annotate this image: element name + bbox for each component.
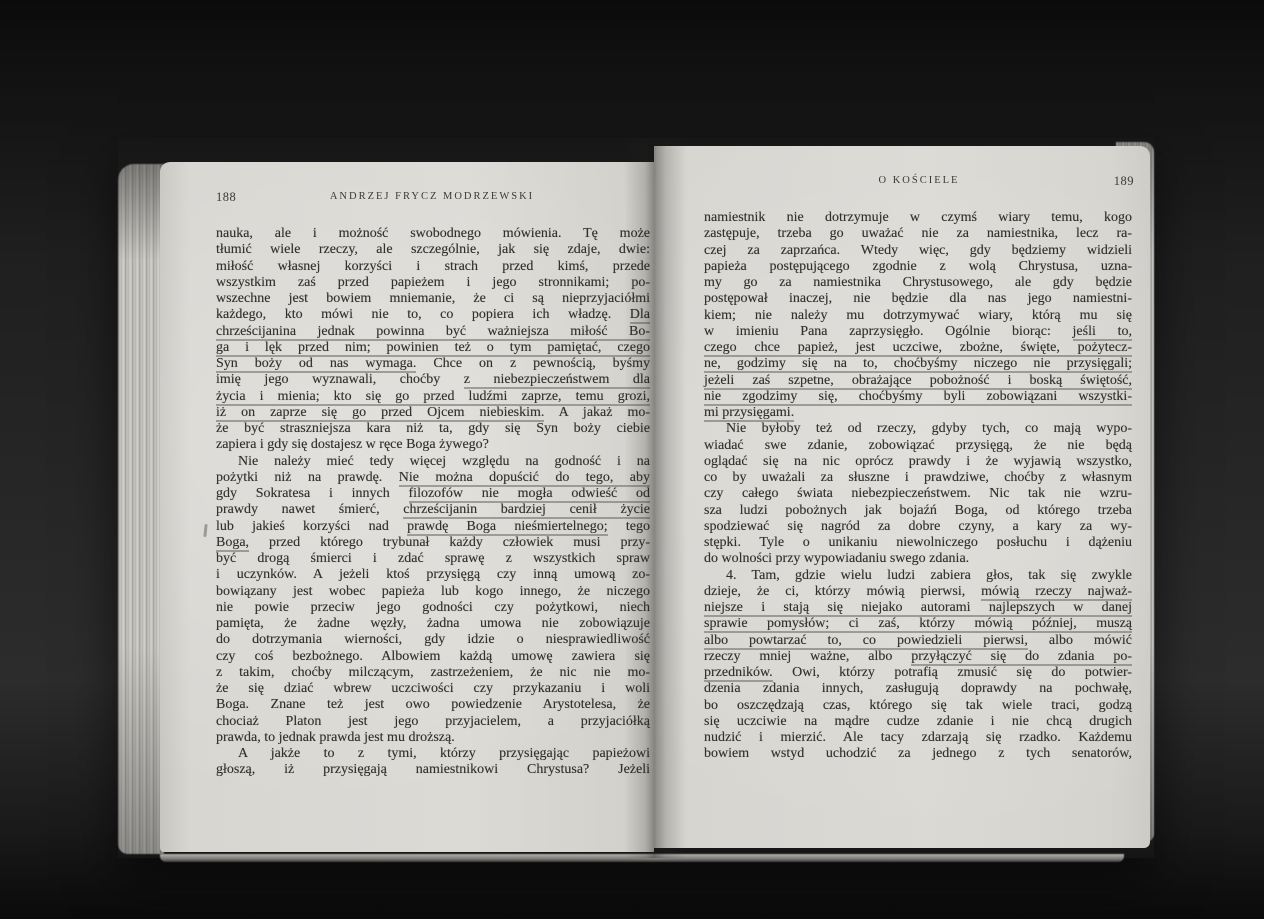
text-line: z takim, choćby milczącym, zastrzeżeniem…	[216, 665, 650, 681]
text-line: wiadać swe zdanie, zobowiązać przysięgą,…	[704, 438, 1132, 454]
pencil-underline: ga i lęk przed nim; powinien też o tym p…	[216, 340, 650, 357]
text-segment: każdego, kto mówi nie to, co popiera ich…	[216, 307, 630, 322]
text-segment: co by uważali za słuszne i prawdziwe, ch…	[704, 470, 1132, 485]
text-segment: Chce on z pewnością, byśmy	[416, 356, 650, 371]
left-page-header: 188 ANDRZEJ FRYCZ MODRZEWSKI	[216, 190, 648, 208]
text-line: czej za zaprzańca. Wtedy więc, gdy będzi…	[704, 243, 1132, 259]
text-line: wszechne jest bowiem mniemanie, że ci są…	[216, 291, 650, 307]
text-line: nie powie przeciw jego godności czy poży…	[216, 600, 650, 616]
pencil-underline: kto się go przed ludźmi zaprze, temu gro…	[320, 389, 650, 406]
text-segment: 4. Tam, gdzie wielu ludzi zabiera głos, …	[726, 568, 1132, 583]
text-segment: Boga. Znane też jest owo powiedzenie Ary…	[216, 697, 650, 712]
text-segment: papieża postępującego zgodnie z wolą Chr…	[704, 259, 1132, 274]
pencil-underline: przedników.	[704, 665, 773, 682]
text-line: w imieniu Pana zaprzysięgło. Ogólnie bio…	[704, 324, 1132, 340]
text-segment: A jakże to z tymi, którzy przysięgając p…	[238, 746, 650, 761]
text-segment: sza ludzi pobożnych jak bojaźń Boga, od …	[704, 503, 1132, 518]
text-segment: miłość własnej korzyści i strach przed k…	[216, 259, 650, 274]
running-header: ANDRZEJ FRYCZ MODRZEWSKI	[216, 191, 648, 202]
text-line: lub jakieś korzyści nad prawdę Boga nieś…	[216, 519, 650, 535]
text-segment: nauka, ale i możność swobodnego mówienia…	[216, 226, 650, 241]
text-line: miłość własnej korzyści i strach przed k…	[216, 259, 650, 275]
text-segment: pożytki niż na prawdę.	[216, 470, 399, 485]
text-line: bo oszczędzają czas, którego się tak wie…	[704, 698, 1132, 714]
text-line: ga i lęk przed nim; powinien też o tym p…	[216, 340, 650, 356]
text-segment: nie powie przeciw jego godności czy poży…	[216, 600, 650, 615]
pencil-underline: niejsze i stają się niejako autorami naj…	[704, 600, 1132, 617]
text-segment: chociaż Platon jest jego przyjacielem, a…	[216, 714, 650, 729]
text-line: czy całego świata niebezpieczeństwem. Ni…	[704, 486, 1132, 502]
text-line: Nie byłoby też od rzeczy, gdyby tych, co…	[704, 421, 1132, 437]
text-segment: głoszą, iż przysięgają namiestnikowi Chr…	[216, 762, 650, 777]
pencil-underline: mówią rzeczy najważ-	[981, 584, 1132, 601]
text-line: chrześcijanina jednak powinna być ważnie…	[216, 324, 650, 340]
pencil-underline: ne, godzimy się na to, choćbyśmy niczego…	[704, 356, 1132, 373]
text-line: zastępuje, trzeba go uważać nie za namie…	[704, 226, 1132, 242]
text-segment: lub jakieś korzyści nad	[216, 519, 407, 534]
text-line: co by uważali za słuszne i prawdziwe, ch…	[704, 470, 1132, 486]
text-line: do wolności przy wypowiadaniu swego zdan…	[704, 551, 1132, 567]
text-segment: wszechne jest bowiem mniemanie, że ci są…	[216, 291, 650, 306]
text-segment: w imieniu Pana zaprzysięgło. Ogólnie bio…	[704, 324, 1073, 339]
pencil-underline: Dla	[630, 307, 650, 324]
text-segment: wszystkim zaś przed papieżem i jego stro…	[216, 275, 650, 290]
text-segment: Owi, którzy potrafią zmusić się do potwi…	[773, 665, 1132, 680]
text-line: bowiem wstyd uchodzić za jednego z tych …	[704, 746, 1132, 762]
text-line: mi przysięgami.	[704, 405, 1132, 421]
pencil-underline: sprawie pomysłów; ci zaś, którzy mówią p…	[704, 616, 1132, 633]
text-line: zapiera i gdy się dostajesz w ręce Boga …	[216, 437, 650, 453]
text-line: Nie należy mieć tedy więcej względu na g…	[216, 454, 650, 470]
text-line: wszystkim zaś przed papieżem i jego stro…	[216, 275, 650, 291]
text-line: czy coś bezbożnego. Albowiem każdą umowę…	[216, 649, 650, 665]
text-segment: że być straszniejsza kara niż ta, gdy si…	[216, 421, 650, 436]
pencil-underline: mi przysięgami.	[704, 405, 794, 422]
text-segment: kiem; nie należy mu dotrzymywać wiary, k…	[704, 308, 1132, 323]
text-line: pożytki niż na prawdę. Nie można dopuści…	[216, 470, 650, 486]
text-line: dzenia zdania innych, zasługują doprawdy…	[704, 681, 1132, 697]
pencil-underline: chrześcijanin bardziej cenił życie	[403, 502, 650, 519]
text-line: albo powtarzać to, co powiedzieli pierws…	[704, 633, 1132, 649]
text-line: oglądać się na nic oprócz prawdy i że wy…	[704, 454, 1132, 470]
text-segment: czej za zaprzańca. Wtedy więc, gdy będzi…	[704, 243, 1132, 258]
right-page-text-column: namiestnik nie dotrzymuje w czymś wiary …	[704, 210, 1132, 763]
text-segment: bowiązany jest wobec papieża lub kogo in…	[216, 584, 650, 599]
text-segment: rzeczy mniej ważne, albo	[704, 649, 911, 664]
pencil-underline: chrześcijanina jednak powinna być ważnie…	[216, 324, 650, 341]
text-segment: imię jego wyznawali, choćby	[216, 372, 464, 387]
text-segment: Nie byłoby też od rzeczy, gdyby tych, co…	[726, 421, 1132, 436]
text-line: rzeczy mniej ważne, albo przyłączyć się …	[704, 649, 1132, 665]
text-segment: przed którego trybunał każdy człowiek mu…	[249, 535, 650, 550]
text-line: bowiązany jest wobec papieża lub kogo in…	[216, 584, 650, 600]
left-page: 188 ANDRZEJ FRYCZ MODRZEWSKI nauka, ale …	[160, 162, 654, 852]
text-line: życia i mienia; kto się go przed ludźmi …	[216, 389, 650, 405]
pencil-underline: Boga,	[216, 535, 249, 552]
text-segment: bo oszczędzają czas, którego się tak wie…	[704, 698, 1132, 713]
book-bottom-edge	[160, 854, 1124, 862]
text-segment: czy całego świata niebezpieczeństwem. Ni…	[704, 486, 1132, 501]
text-line: Boga, przed którego trybunał każdy człow…	[216, 535, 650, 551]
text-segment: spodziewać się nagród za dobre czyny, a …	[704, 519, 1132, 534]
text-segment: oglądać się na nic oprócz prawdy i że wy…	[704, 454, 1132, 469]
text-line: nauka, ale i możność swobodnego mówienia…	[216, 226, 650, 242]
text-line: Boga. Znane też jest owo powiedzenie Ary…	[216, 697, 650, 713]
text-segment: Nie należy mieć tedy więcej względu na g…	[238, 454, 650, 469]
text-line: namiestnik nie dotrzymuje w czymś wiary …	[704, 210, 1132, 226]
text-line: postępował inaczej, nie będzie dla nas j…	[704, 291, 1132, 307]
text-segment: A jakaż mo-	[544, 405, 650, 420]
text-line: głoszą, iż przysięgają namiestnikowi Chr…	[216, 762, 650, 778]
page-edge-stack-left	[118, 164, 164, 854]
text-line: się uczciwie na mądre cudze zdanie i nie…	[704, 714, 1132, 730]
text-line: i uczynków. A jeżeli ktoś przysięgą czy …	[216, 567, 650, 583]
text-line: stępki. Tyle o unikaniu niewolniczego po…	[704, 535, 1132, 551]
text-line: sza ludzi pobożnych jak bojaźń Boga, od …	[704, 503, 1132, 519]
text-segment: tłumić wiele rzeczy, ale szczególnie, ja…	[216, 242, 650, 257]
pencil-underline: iż on zaprze się go przed Ojcem niebiesk…	[216, 405, 544, 422]
text-segment: prawda, to jednak prawda jest mu droższą…	[216, 730, 455, 745]
pencil-underline: albo powtarzać to, co powiedzieli pierws…	[704, 633, 1028, 650]
text-segment: zastępuje, trzeba go uważać nie za namie…	[704, 226, 1132, 241]
pencil-underline: Nie można dopuścić do tego, aby	[399, 470, 650, 487]
pencil-underline: jeżeli zaś szpetne, obrażające pobożność…	[704, 373, 1132, 390]
text-line: Syn boży od nas wymaga. Chce on z pewnoś…	[216, 356, 650, 372]
pencil-underline: Syn boży od nas wymaga.	[216, 356, 416, 373]
text-line: do dotrzymania wierności, gdy idzie o ni…	[216, 632, 650, 648]
text-segment: nudzić i mierzić. Ale tacy zdarzają się …	[704, 730, 1132, 745]
pencil-underline: przyłączyć się do zdania po-	[911, 649, 1132, 666]
text-line: pamięta, że żadne węzły, żadna umowa nie…	[216, 616, 650, 632]
right-page: O KOŚCIELE 189 namiestnik nie dotrzymuje…	[654, 146, 1150, 848]
text-line: jeżeli zaś szpetne, obrażające pobożność…	[704, 373, 1132, 389]
text-segment: i uczynków. A jeżeli ktoś przysięgą czy …	[216, 567, 650, 582]
text-line: papieża postępującego zgodnie z wolą Chr…	[704, 259, 1132, 275]
text-line: nie zgodzimy się, choćbyśmy byli zobowią…	[704, 389, 1132, 405]
text-line: dzieje, że ci, którzy mówią pierwsi, mów…	[704, 584, 1132, 600]
text-segment: z takim, choćby milczącym, zastrzeżeniem…	[216, 665, 650, 680]
text-line: A jakże to z tymi, którzy przysięgając p…	[216, 746, 650, 762]
page-number: 189	[1114, 174, 1134, 189]
text-segment: postępował inaczej, nie będzie dla nas j…	[704, 291, 1132, 306]
text-line: każdego, kto mówi nie to, co popiera ich…	[216, 307, 650, 323]
text-line: imię jego wyznawali, choćby z niebezpiec…	[216, 372, 650, 388]
text-segment: prawdy nawet śmierć,	[216, 502, 403, 517]
open-book: 188 ANDRZEJ FRYCZ MODRZEWSKI nauka, ale …	[118, 138, 1154, 858]
text-segment: my go za namiestnika Chrystusowego, ale …	[704, 275, 1132, 290]
text-segment: do wolności przy wypowiadaniu swego zdan…	[704, 551, 969, 566]
photo-background: 188 ANDRZEJ FRYCZ MODRZEWSKI nauka, ale …	[0, 0, 1264, 919]
text-segment: pamięta, że żadne węzły, żadna umowa nie…	[216, 616, 650, 631]
text-line: spodziewać się nagród za dobre czyny, a …	[704, 519, 1132, 535]
text-segment: tego	[608, 519, 650, 534]
text-segment: gdy Sokratesa i innych	[216, 486, 409, 501]
text-segment: namiestnik nie dotrzymuje w czymś wiary …	[704, 210, 1132, 225]
text-line: prawdy nawet śmierć, chrześcijanin bardz…	[216, 502, 650, 518]
text-line: chociaż Platon jest jego przyjacielem, a…	[216, 714, 650, 730]
text-line: 4. Tam, gdzie wielu ludzi zabiera głos, …	[704, 568, 1132, 584]
text-segment: wiadać swe zdanie, zobowiązać przysięgą,…	[704, 438, 1132, 453]
text-segment: do dotrzymania wierności, gdy idzie o ni…	[216, 632, 650, 647]
text-line: gdy Sokratesa i innych filozofów nie mog…	[216, 486, 650, 502]
text-line: że się dziać wbrew uczciwości czy przyka…	[216, 681, 650, 697]
text-segment: albo mówić	[1028, 633, 1132, 648]
text-line: kiem; nie należy mu dotrzymywać wiary, k…	[704, 308, 1132, 324]
text-line: niejsze i stają się niejako autorami naj…	[704, 600, 1132, 616]
text-segment: być drogą śmierci i zdać sprawę z wszyst…	[216, 551, 650, 566]
text-line: nudzić i mierzić. Ale tacy zdarzają się …	[704, 730, 1132, 746]
pencil-underline: życia i mienia;	[216, 389, 320, 406]
text-line: że być straszniejsza kara niż ta, gdy si…	[216, 421, 650, 437]
text-segment: czy coś bezbożnego. Albowiem każdą umowę…	[216, 649, 650, 664]
pencil-underline: czego chce papież, jest uczciwe, zbożne,…	[704, 340, 1132, 357]
pencil-underline: nie zgodzimy się, choćbyśmy byli zobowią…	[704, 389, 1132, 406]
text-segment: bowiem wstyd uchodzić za jednego z tych …	[704, 746, 1132, 761]
text-segment: się uczciwie na mądre cudze zdanie i nie…	[704, 714, 1132, 729]
text-line: być drogą śmierci i zdać sprawę z wszyst…	[216, 551, 650, 567]
right-page-header: O KOŚCIELE 189	[704, 174, 1134, 192]
left-page-text-column: nauka, ale i możność swobodnego mówienia…	[216, 226, 650, 779]
running-header: O KOŚCIELE	[704, 175, 1134, 186]
text-segment: stępki. Tyle o unikaniu niewolniczego po…	[704, 535, 1132, 550]
text-line: prawda, to jednak prawda jest mu droższą…	[216, 730, 650, 746]
text-line: tłumić wiele rzeczy, ale szczególnie, ja…	[216, 242, 650, 258]
text-line: sprawie pomysłów; ci zaś, którzy mówią p…	[704, 616, 1132, 632]
text-line: ne, godzimy się na to, choćbyśmy niczego…	[704, 356, 1132, 372]
text-segment: dzenia zdania innych, zasługują doprawdy…	[704, 681, 1132, 696]
text-line: przedników. Owi, którzy potrafią zmusić …	[704, 665, 1132, 681]
text-line: my go za namiestnika Chrystusowego, ale …	[704, 275, 1132, 291]
margin-pencil-mark	[203, 524, 207, 537]
text-segment: że się dziać wbrew uczciwości czy przyka…	[216, 681, 650, 696]
pencil-underline: prawdę Boga nieśmiertelnego;	[407, 519, 608, 536]
text-line: iż on zaprze się go przed Ojcem niebiesk…	[216, 405, 650, 421]
pencil-underline: filozofów nie mogła odwieść od	[409, 486, 651, 503]
text-line: czego chce papież, jest uczciwe, zbożne,…	[704, 340, 1132, 356]
text-segment: dzieje, że ci, którzy mówią pierwsi,	[704, 584, 981, 599]
pencil-underline: z niebezpieczeństwem dla	[464, 372, 650, 389]
text-segment: zapiera i gdy się dostajesz w ręce Boga …	[216, 437, 489, 452]
pencil-underline: jeśli to,	[1073, 324, 1132, 341]
